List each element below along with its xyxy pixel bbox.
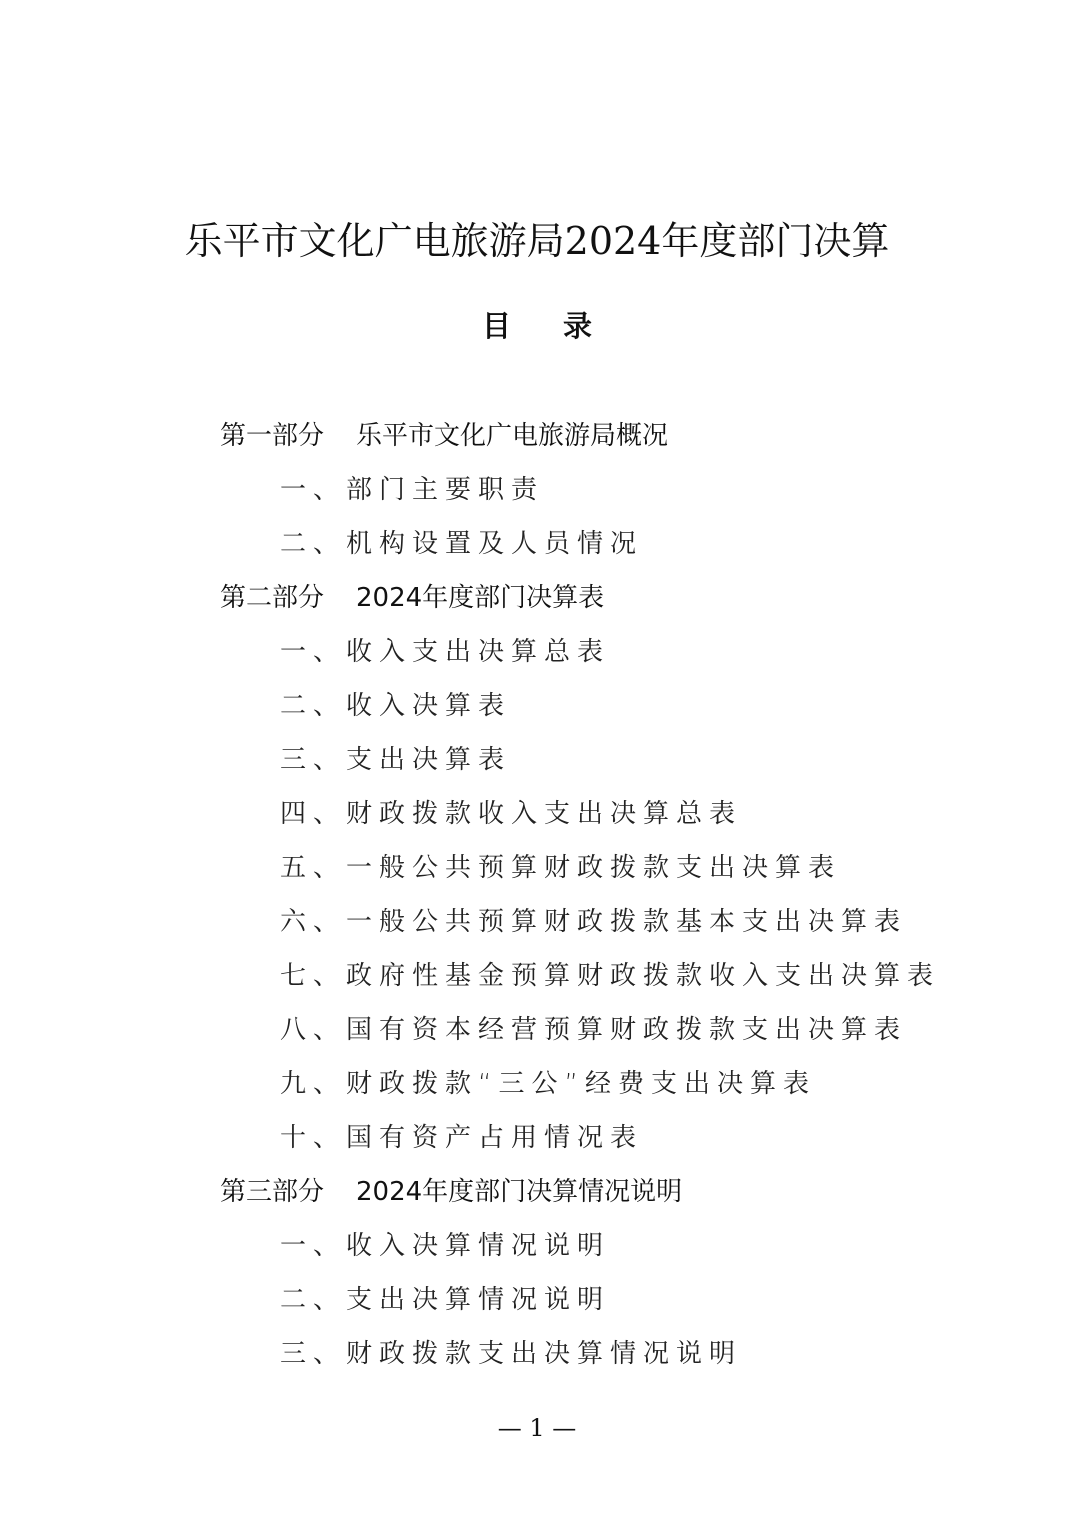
toc-heading: 目录 <box>0 304 1074 348</box>
toc-item[interactable]: 九、财政拨款“三公”经费支出决算表 <box>280 1064 816 1104</box>
document-title: 乐平市文化广电旅游局2024年度部门决算 <box>0 213 1074 269</box>
toc-part-1[interactable]: 第一部分乐平市文化广电旅游局概况 <box>220 416 668 456</box>
toc-item[interactable]: 一、收入支出决算总表 <box>280 632 610 672</box>
toc-item[interactable]: 三、支出决算表 <box>280 740 511 780</box>
toc-item[interactable]: 六、一般公共预算财政拨款基本支出决算表 <box>280 902 907 942</box>
toc-item[interactable]: 十、国有资产占用情况表 <box>280 1118 643 1158</box>
toc-heading-char-1: 目 <box>482 304 511 348</box>
toc-item[interactable]: 三、财政拨款支出决算情况说明 <box>280 1334 742 1374</box>
part-number: 第二部分 <box>220 578 324 618</box>
toc-item[interactable]: 二、机构设置及人员情况 <box>280 524 643 564</box>
toc-item[interactable]: 二、支出决算情况说明 <box>280 1280 610 1320</box>
part-title: 乐平市文化广电旅游局概况 <box>356 421 668 451</box>
toc-part-3[interactable]: 第三部分2024年度部门决算情况说明 <box>220 1172 682 1212</box>
part-number: 第一部分 <box>220 416 324 456</box>
toc-heading-char-2: 录 <box>563 304 592 348</box>
toc-item[interactable]: 二、收入决算表 <box>280 686 511 726</box>
toc-item[interactable]: 一、收入决算情况说明 <box>280 1226 610 1266</box>
part-title: 2024年度部门决算表 <box>356 583 604 613</box>
toc-part-2[interactable]: 第二部分2024年度部门决算表 <box>220 578 604 618</box>
toc-item[interactable]: 一、部门主要职责 <box>280 470 544 510</box>
toc-item[interactable]: 五、一般公共预算财政拨款支出决算表 <box>280 848 841 888</box>
toc-item[interactable]: 四、财政拨款收入支出决算总表 <box>280 794 742 834</box>
part-number: 第三部分 <box>220 1172 324 1212</box>
toc-item[interactable]: 七、政府性基金预算财政拨款收入支出决算表 <box>280 956 940 996</box>
page-number: — 1 — <box>0 1410 1074 1446</box>
part-title: 2024年度部门决算情况说明 <box>356 1177 682 1207</box>
toc-item[interactable]: 八、国有资本经营预算财政拨款支出决算表 <box>280 1010 907 1050</box>
